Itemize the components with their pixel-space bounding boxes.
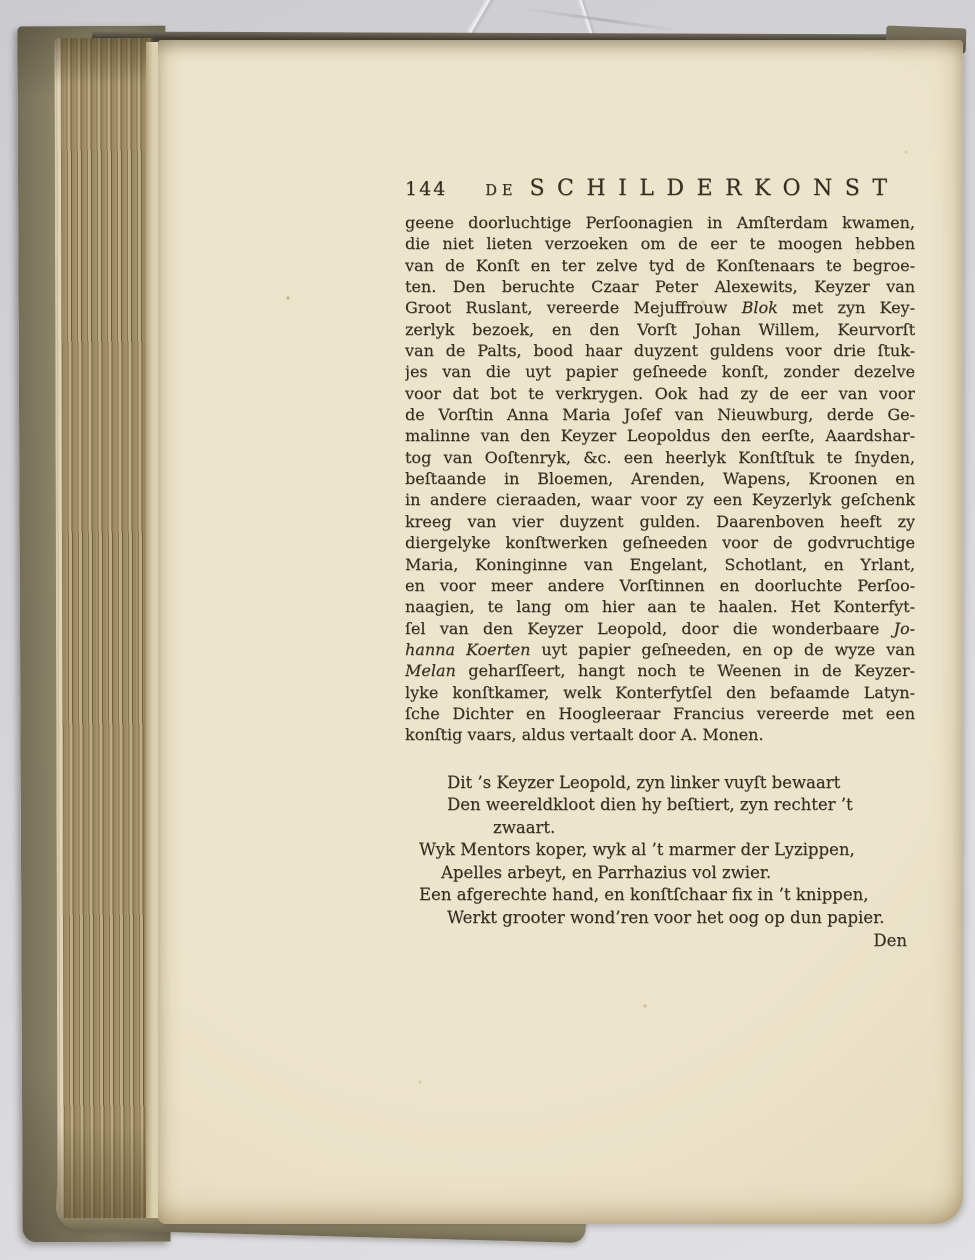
text-line: Een afgerechte hand, en konſtſchaar fix … (405, 884, 915, 907)
text-line: kreeg van vier duyzent gulden. Daarenbov… (405, 511, 915, 532)
text-line: Werkt grooter wond’ren voor het oog op d… (405, 907, 915, 930)
running-title: SCHILDERKONST (529, 176, 899, 201)
text-line: die niet lieten verzoeken om de eer te m… (405, 233, 915, 254)
text-line: lyke konſtkamer, welk Konterfytſel den b… (405, 682, 915, 703)
body-text: geene doorluchtige Perſoonagien in Amſte… (405, 212, 915, 746)
page-header: 144 DE SCHILDERKONST (405, 176, 915, 202)
page-number: 144 (405, 178, 447, 200)
text-line: naagien, te lang om hier aan te haalen. … (405, 596, 915, 617)
text-line: Dit ’s Keyzer Leopold, zyn linker vuyſt … (405, 772, 915, 795)
text-line: van de Konſt en ter zelve tyd de Konſten… (405, 255, 915, 276)
text-line: geene doorluchtige Perſoonagien in Amſte… (405, 212, 915, 233)
text-line: Melan geharſſeert, hangt noch te Weenen … (405, 660, 915, 681)
text-line: zwaart. (405, 817, 915, 840)
text-line: voor dat bot te verkrygen. Ook had zy de… (405, 383, 915, 404)
text-line: zerlyk bezoek, en den Vorſt Johan Willem… (405, 319, 915, 340)
catchword: Den (405, 929, 915, 952)
text-line: beſtaande in Bloemen, Arenden, Wapens, K… (405, 468, 915, 489)
text-block: 144 DE SCHILDERKONST geene doorluchtige … (405, 176, 915, 952)
text-line: in andere cieraaden, waar voor zy een Ke… (405, 489, 915, 510)
page-block-fore-edge (54, 38, 155, 1218)
header-de: DE (485, 183, 517, 199)
text-line: ſel van den Keyzer Leopold, door die won… (405, 618, 915, 639)
text-line: Groot Ruslant, vereerde Mejuffrouw Blok … (405, 297, 915, 318)
text-line: Maria, Koninginne van Engelant, Schotlan… (405, 554, 915, 575)
text-line: Den weereldkloot dien hy beſtiert, zyn r… (405, 794, 915, 817)
text-line: konſtig vaars, aldus vertaalt door A. Mo… (405, 724, 915, 745)
text-line: ten. Den beruchte Czaar Peter Alexewits,… (405, 276, 915, 297)
text-line: jes van die uyt papier geſneede konſt, z… (405, 361, 915, 382)
text-line: de Vorſtin Anna Maria Joſef van Nieuwbur… (405, 404, 915, 425)
text-line: en voor meer andere Vorſtinnen en doorlu… (405, 575, 915, 596)
text-line: tog van Ooſtenryk, &c. een heerlyk Konſt… (405, 447, 915, 468)
text-line: van de Palts, bood haar duyzent guldens … (405, 340, 915, 361)
photo-background: 144 DE SCHILDERKONST geene doorluchtige … (0, 0, 975, 1260)
text-line: malinne van den Keyzer Leopoldus den eer… (405, 425, 915, 446)
text-line: ſche Dichter en Hoogleeraar Francius ver… (405, 703, 915, 724)
paper-crease (521, 7, 680, 32)
text-line: hanna Koerten uyt papier geſneeden, en o… (405, 639, 915, 660)
text-line: diergelyke konſtwerken geſneeden voor de… (405, 532, 915, 553)
text-line: Apelles arbeyt, en Parrhazius vol zwier. (405, 862, 915, 885)
text-line: Wyk Mentors koper, wyk al ’t marmer der … (405, 839, 915, 862)
book-page: 144 DE SCHILDERKONST geene doorluchtige … (158, 40, 963, 1224)
poem: Dit ’s Keyzer Leopold, zyn linker vuyſt … (405, 772, 915, 930)
